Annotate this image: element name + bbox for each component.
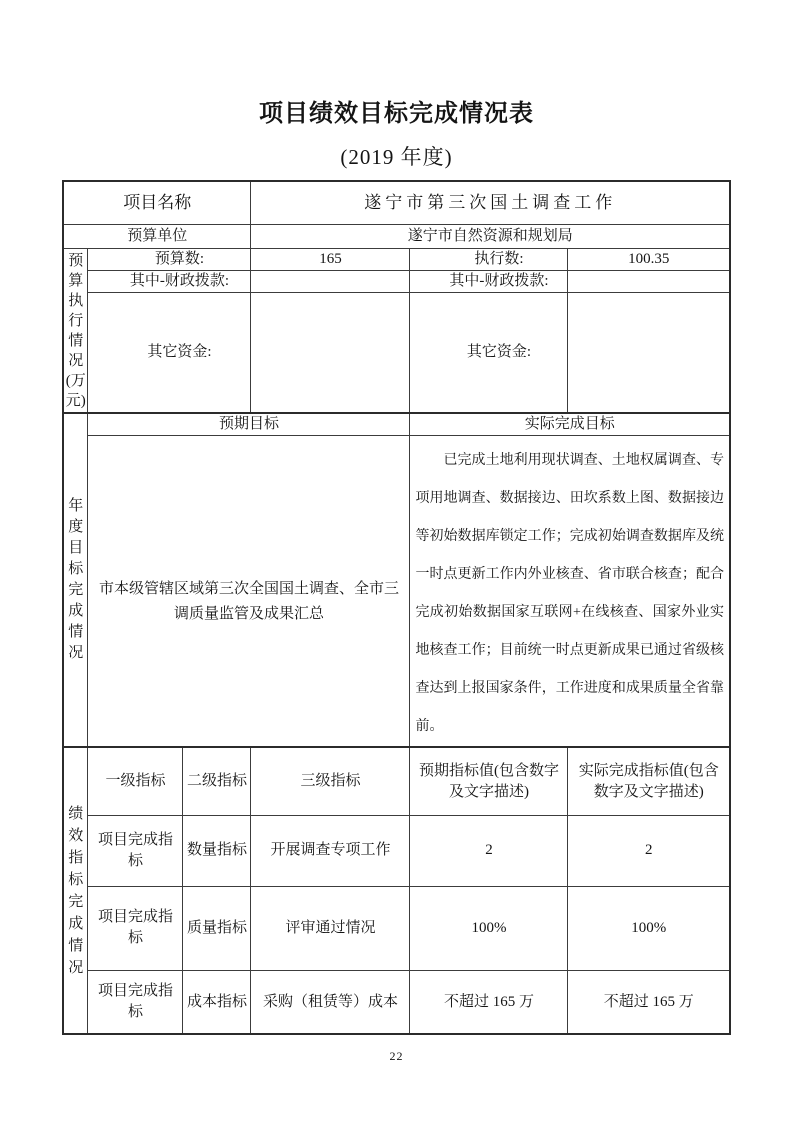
expected-goal-header: 预期目标 <box>88 413 410 436</box>
annual-goal-side-label: 年 度 目 标 完 成 情 况 <box>63 413 88 748</box>
page-number: 22 <box>0 1049 793 1064</box>
level2-header: 二级指标 <box>183 747 251 815</box>
other-funds-label-right: 其它资金: <box>410 293 568 413</box>
indicator-level3: 采购（租赁等）成本 <box>251 970 410 1034</box>
indicator-side-label: 绩 效 指 标 完 成 情 况 <box>63 747 88 1034</box>
indicator-level3: 开展调查专项工作 <box>251 815 410 886</box>
budget-unit-value: 遂宁市自然资源和规划局 <box>251 225 730 249</box>
level3-header: 三级指标 <box>251 747 410 815</box>
other-funds-value-right <box>568 293 730 413</box>
fiscal-appropriation-label-left: 其中-财政拨款: <box>88 271 251 293</box>
budget-unit-label: 预算单位 <box>63 225 251 249</box>
budget-unit-row: 预算单位 遂宁市自然资源和规划局 <box>63 225 730 249</box>
indicator-actual: 不超过 165 万 <box>568 970 730 1034</box>
execution-number-value: 100.35 <box>568 249 730 271</box>
indicator-level1: 项目完成指标 <box>88 970 183 1034</box>
fiscal-appropriation-value-right <box>568 271 730 293</box>
annual-goal-content-row: 市本级管辖区域第三次全国国土调查、全市三调质量监管及成果汇总 已完成土地利用现状… <box>63 436 730 748</box>
project-name-row: 项目名称 遂宁市第三次国土调查工作 <box>63 181 730 225</box>
indicator-level1: 项目完成指标 <box>88 886 183 970</box>
indicator-header-row: 绩 效 指 标 完 成 情 况 一级指标 二级指标 三级指标 预期指标值(包含数… <box>63 747 730 815</box>
indicator-expected: 100% <box>410 886 568 970</box>
indicator-expected: 2 <box>410 815 568 886</box>
actual-goal-header: 实际完成目标 <box>410 413 730 436</box>
indicator-expected: 不超过 165 万 <box>410 970 568 1034</box>
other-funds-label-left: 其它资金: <box>88 293 251 413</box>
level1-header: 一级指标 <box>88 747 183 815</box>
budget-number-label: 预算数: <box>88 249 251 271</box>
other-funds-value-left <box>251 293 410 413</box>
budget-row-fiscal: 其中-财政拨款: 其中-财政拨款: <box>63 271 730 293</box>
document-page: { "page": { "title": "项目绩效目标完成情况表", "sub… <box>0 0 793 1122</box>
annual-goal-header-row: 年 度 目 标 完 成 情 况 预期目标 实际完成目标 <box>63 413 730 436</box>
budget-section-side-label: 预 算 执 行 情 况 (万 元) <box>63 249 88 413</box>
indicator-row-quality: 项目完成指标 质量指标 评审通过情况 100% 100% <box>63 886 730 970</box>
budget-row-amount: 预 算 执 行 情 况 (万 元) 预算数: 165 执行数: 100.35 <box>63 249 730 271</box>
expected-goal-text: 市本级管辖区域第三次全国国土调查、全市三调质量监管及成果汇总 <box>88 436 410 748</box>
actual-goal-text: 已完成土地利用现状调查、土地权属调查、专项用地调查、数据接边、田坎系数上图、数据… <box>410 436 730 748</box>
actual-value-header: 实际完成指标值(包含 数字及文字描述) <box>568 747 730 815</box>
budget-number-value: 165 <box>251 249 410 271</box>
indicator-level1: 项目完成指标 <box>88 815 183 886</box>
fiscal-appropriation-value-left <box>251 271 410 293</box>
indicator-row-quantity: 项目完成指标 数量指标 开展调查专项工作 2 2 <box>63 815 730 886</box>
indicator-actual: 100% <box>568 886 730 970</box>
page-subtitle: (2019 年度) <box>0 145 793 170</box>
fiscal-appropriation-label-right: 其中-财政拨款: <box>410 271 568 293</box>
indicator-level2: 数量指标 <box>183 815 251 886</box>
expected-value-header: 预期指标值(包含数字 及文字描述) <box>410 747 568 815</box>
indicator-level2: 成本指标 <box>183 970 251 1034</box>
execution-number-label: 执行数: <box>410 249 568 271</box>
indicator-row-cost: 项目完成指标 成本指标 采购（租赁等）成本 不超过 165 万 不超过 165 … <box>63 970 730 1034</box>
project-name-label: 项目名称 <box>63 181 251 225</box>
page-title: 项目绩效目标完成情况表 <box>0 100 793 129</box>
indicator-actual: 2 <box>568 815 730 886</box>
indicator-level2: 质量指标 <box>183 886 251 970</box>
performance-table: 项目名称 遂宁市第三次国土调查工作 预算单位 遂宁市自然资源和规划局 预 算 执… <box>62 180 731 1036</box>
project-name-value: 遂宁市第三次国土调查工作 <box>251 181 730 225</box>
indicator-level3: 评审通过情况 <box>251 886 410 970</box>
budget-row-other-funds: 其它资金: 其它资金: <box>63 293 730 413</box>
